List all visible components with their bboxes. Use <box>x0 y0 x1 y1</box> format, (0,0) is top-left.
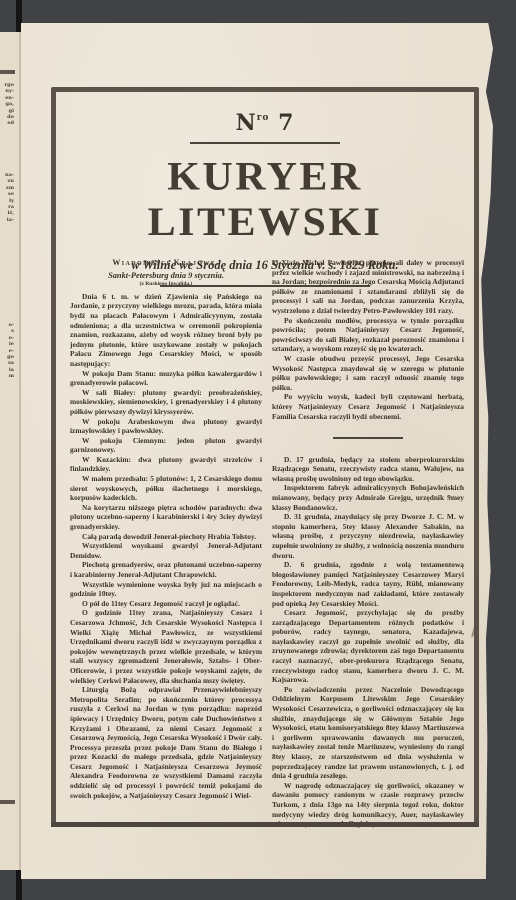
paragraph: Piechotą grenadyerów, oraz plutonami ucz… <box>70 560 262 579</box>
paragraph: Na korytarzu niższego piętra schodów par… <box>70 503 262 532</box>
paragraph: Po zaświadczeniu przez Naczelnie Dowodzą… <box>272 685 464 781</box>
paragraph: W pokoju Dam Stanu: muzyka półku kawaler… <box>70 369 262 388</box>
left-column: Wiadomości Krajowe. Sankt-Petersburg dni… <box>70 258 262 829</box>
paragraph: W pokoju Arabeskowym dwa plutony gwardyi… <box>70 417 262 436</box>
page-border-frame: Nro 7 KURYER LITEWSKI w Wilnie we Srodę … <box>51 87 479 827</box>
article-source: (z Ruskiego Inwalida.) <box>70 280 262 290</box>
paragraph: W Kozackim: dwa plutony gwardyi strzelcó… <box>70 455 262 474</box>
paragraph: W czasie obudwu przeyść processyi, Jego … <box>272 354 464 392</box>
paragraph: O pół do 11tey Cesarz Jegomość raczył je… <box>70 599 262 609</box>
paragraph: Cesarz Jegomość, przychylając się do pro… <box>272 608 464 685</box>
paragraph: Po wyyściu woysk, kadeci byli częstowani… <box>272 392 464 421</box>
paragraph: Całą paradą dowodził Jenerał-piechoty Hr… <box>70 532 262 542</box>
article-divider <box>333 437 403 439</box>
previous-page-edge: rgo ny- en- ga, gi do ed na- zn zm se ły… <box>0 32 21 870</box>
paragraph: W pokoju Ciemnym: jeden pluton gwardyi g… <box>70 436 262 455</box>
article-dateline: Sankt-Petersburg dnia 9 stycznia. <box>70 271 262 281</box>
masthead-rule-top <box>190 142 340 144</box>
issue-number: Nro 7 <box>56 110 474 136</box>
issue-number-label: N <box>236 110 257 136</box>
paragraph: Inspektorem fabryk admiralicyynych Bohoj… <box>272 483 464 512</box>
paragraph: D. 17 grudnia, będący za stołem oberprok… <box>272 455 464 484</box>
paragraph: W nagrodę odznaczającey się gorliwości, … <box>272 781 464 829</box>
paragraph: Wszystkiemi woyskami gwardyi Jenerał-Adj… <box>70 541 262 560</box>
paragraph: Wszystkie wymienione woyska były już na … <box>70 580 262 599</box>
paragraph: W małem przedsalu: 5 plutonów: 1, 2 Cesa… <box>70 474 262 503</box>
previous-page-text: o- s o- ie e- go sa ia m <box>1 322 14 380</box>
right-column: ki Xiążę Michał Pawłowicz, postępowali d… <box>272 258 464 829</box>
paragraph: ki Xiążę Michał Pawłowicz, postępowali d… <box>272 258 464 316</box>
paragraph: W sali Białey: plutony gwardyi: preobraż… <box>70 388 262 417</box>
previous-page-frame <box>0 70 15 74</box>
previous-page-frame-bottom <box>0 800 15 804</box>
paragraph: D. 6 grudnia, zgodnie z wolą testamentow… <box>272 560 464 608</box>
issue-number-value: 7 <box>278 110 294 136</box>
issue-number-sup: ro <box>257 113 270 123</box>
paragraph: Liturgią Bożą odprawiał Przenaywielebnie… <box>70 685 262 800</box>
paragraph: O godzinie 11tey zrana, Natjaśnieyszy Ce… <box>70 608 262 685</box>
newspaper-title: KURYER LITEWSKI <box>56 154 474 245</box>
article-columns: Wiadomości Krajowe. Sankt-Petersburg dni… <box>70 258 464 829</box>
previous-page-text: na- zn zm se ły ra iż, ia- <box>1 172 14 223</box>
paragraph: Po skończeniu modłów, processya w tymże … <box>272 316 464 354</box>
newspaper-page: Nro 7 KURYER LITEWSKI w Wilnie we Srodę … <box>21 23 493 879</box>
previous-page-text: rgo ny- en- ga, gi do ed <box>1 82 14 127</box>
section-heading: Wiadomości Krajowe. <box>70 258 262 268</box>
paragraph: D. 31 grudnia, znayduiący się przy Dworz… <box>272 512 464 560</box>
paragraph: Dnia 6 t. m. w dzień Zjawienia się Pańsk… <box>70 292 262 369</box>
